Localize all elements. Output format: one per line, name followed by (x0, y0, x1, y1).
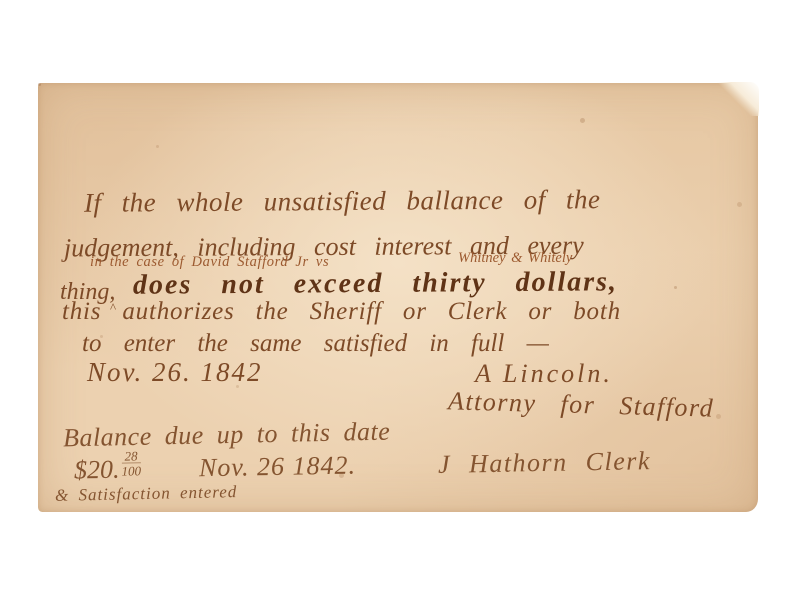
manuscript-line-1: If the whole unsatisfied ballance of the (84, 185, 601, 218)
manuscript-paper: If the whole unsatisfied ballance of the… (38, 83, 758, 512)
paper-corner-fold (717, 82, 759, 116)
manuscript-line-5: to enter the same satisfied in full — (82, 330, 549, 358)
manuscript-date: Nov. 26. 1842 (87, 358, 263, 388)
docket-amount: $20. (74, 456, 120, 485)
document-photo: If the whole unsatisfied ballance of the… (0, 0, 800, 600)
manuscript-line-4: this authorizes the Sheriff or Clerk or … (62, 298, 621, 326)
docket-balance-line: Balance due up to this date (63, 418, 391, 453)
interlined-case-parties: Whitney & Whitely (458, 251, 572, 267)
paper-foxing-spots (38, 83, 41, 86)
clerk-signature: J Hathorn Clerk (438, 447, 651, 479)
lincoln-signature: A Lincoln. (475, 360, 613, 389)
signature-title: Attorny for Stafford (448, 387, 715, 423)
fraction-denominator: 100 (121, 462, 141, 477)
fraction-numerator: 28 (124, 449, 137, 462)
manuscript-line-3-emphasis: does not exceed thirty dollars, (133, 267, 618, 301)
docket-date: Nov. 26 1842. (199, 452, 356, 483)
docket-amount-fraction: 28 100 (121, 449, 141, 477)
satisfaction-note: & Satisfaction entered (55, 483, 238, 506)
docket-amount-line: $20. 28 100 Nov. 26 1842. (74, 452, 356, 486)
